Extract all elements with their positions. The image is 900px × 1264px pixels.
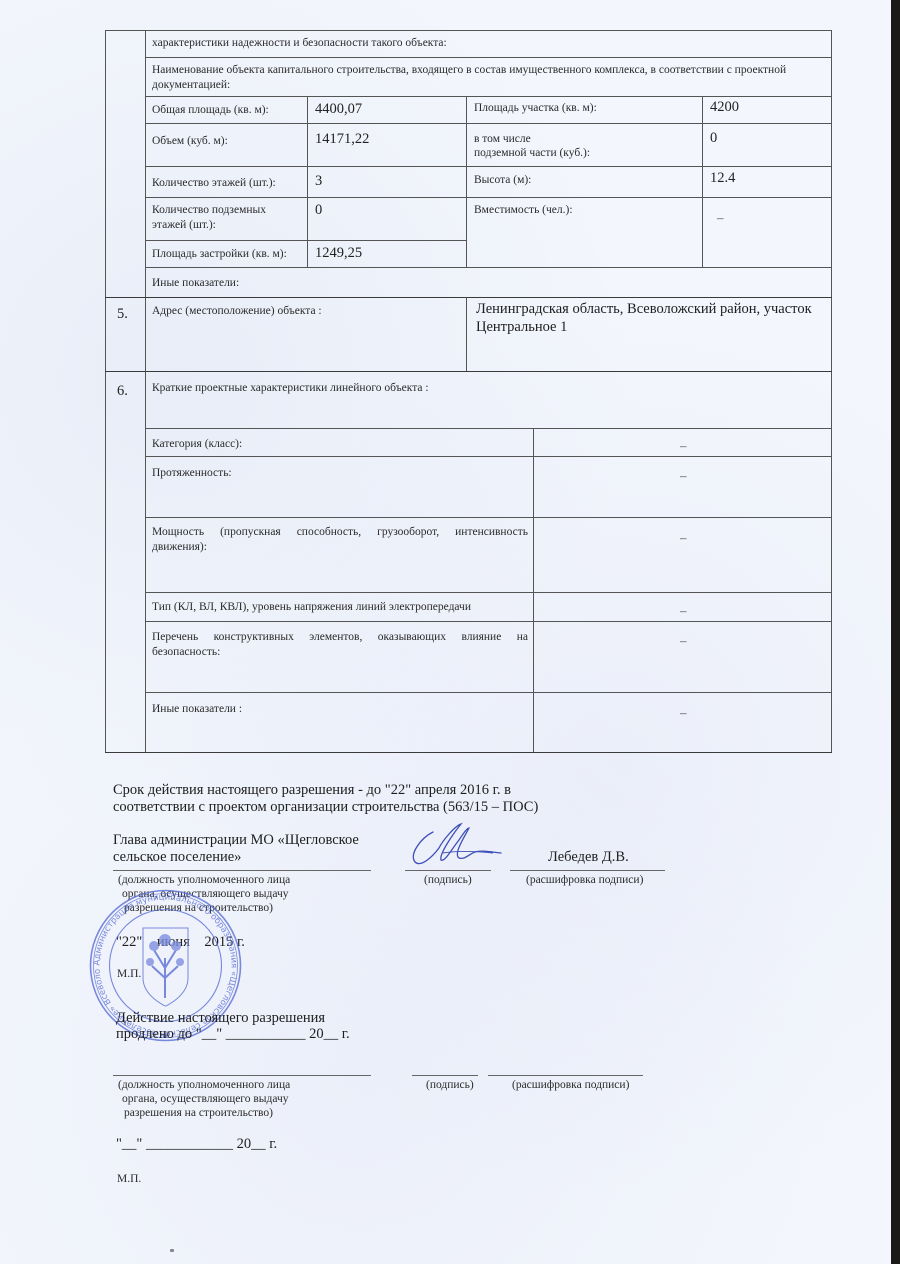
line-type-label: Тип (КЛ, ВЛ, КВЛ), уровень напряжения ли… bbox=[152, 600, 471, 615]
signer-name: Лебедев Д.В. bbox=[548, 849, 629, 866]
document-page: характеристики надежности и безопасности… bbox=[0, 0, 891, 1264]
category-label: Категория (класс): bbox=[152, 437, 242, 452]
underground-volume-label-line2: подземной части (куб.): bbox=[474, 146, 590, 161]
linear-other-value: – bbox=[680, 705, 687, 721]
structural-elements-label: Перечень конструктивных элементов, оказы… bbox=[152, 630, 528, 660]
length-label: Протяженность: bbox=[152, 466, 232, 481]
volume-value: 14171,22 bbox=[315, 131, 369, 148]
extension-date: "__" ____________ 20__ г. bbox=[116, 1136, 277, 1153]
built-area-label: Площадь застройки (кв. м): bbox=[152, 247, 287, 262]
category-value: – bbox=[680, 438, 687, 454]
total-area-value: 4400,07 bbox=[315, 101, 362, 118]
built-area-value: 1249,25 bbox=[315, 245, 362, 262]
caption-signature: (подпись) bbox=[424, 873, 472, 887]
underground-volume-label-line1: в том числе bbox=[474, 132, 531, 147]
section-6-number: 6. bbox=[117, 383, 128, 400]
plot-area-value: 4200 bbox=[710, 99, 739, 116]
line-type-value: – bbox=[680, 603, 687, 619]
height-label: Высота (м): bbox=[474, 173, 531, 188]
capacity-value: – bbox=[717, 210, 724, 226]
address-label: Адрес (местоположение) объекта : bbox=[152, 304, 322, 319]
ext-caption-signature: (подпись) bbox=[426, 1078, 474, 1092]
ext-caption-position-2: органа, осуществляющего выдачу bbox=[122, 1092, 289, 1106]
structural-elements-value: – bbox=[680, 633, 687, 649]
power-value: – bbox=[680, 530, 687, 546]
paper-speck bbox=[170, 1249, 174, 1252]
extension-line-1: Действие настоящего разрешения bbox=[116, 1010, 325, 1027]
ext-caption-position-1: (должность уполномоченного лица bbox=[118, 1078, 290, 1092]
signer-position-line-2: сельское поселение» bbox=[113, 849, 241, 866]
object-name-label: Наименование объекта капитального строит… bbox=[152, 63, 828, 93]
linear-object-label: Краткие проектные характеристики линейно… bbox=[152, 381, 429, 396]
ext-caption-decoding: (расшифровка подписи) bbox=[512, 1078, 629, 1092]
underground-floors-label: Количество подземных этажей (шт.): bbox=[152, 203, 302, 233]
caption-position-1: (должность уполномоченного лица bbox=[118, 873, 290, 887]
extension-line-2: продлено до "__" ___________ 20__ г. bbox=[116, 1026, 350, 1043]
handwritten-signature-icon bbox=[403, 820, 503, 868]
underground-floors-value: 0 bbox=[315, 202, 322, 219]
capacity-label: Вместимость (чел.): bbox=[474, 203, 573, 218]
section-5-number: 5. bbox=[117, 306, 128, 323]
scan-edge bbox=[891, 0, 900, 1264]
linear-other-label: Иные показатели : bbox=[152, 702, 242, 717]
caption-decoding: (расшифровка подписи) bbox=[526, 873, 643, 887]
underground-volume-value: 0 bbox=[710, 130, 717, 147]
total-area-label: Общая площадь (кв. м): bbox=[152, 103, 269, 118]
validity-line-1: Срок действия настоящего разрешения - до… bbox=[113, 782, 511, 799]
height-value: 12.4 bbox=[710, 170, 735, 187]
validity-line-2: соответствии с проектом организации стро… bbox=[113, 799, 538, 816]
ext-caption-position-3: разрешения на строительство) bbox=[124, 1106, 273, 1120]
ext-seal-mark: М.П. bbox=[117, 1172, 141, 1186]
safety-characteristics-label: характеристики надежности и безопасности… bbox=[152, 36, 447, 51]
address-value: Ленинградская область, Всеволожский райо… bbox=[476, 300, 831, 336]
floors-label: Количество этажей (шт.): bbox=[152, 176, 276, 191]
floors-value: 3 bbox=[315, 173, 322, 190]
volume-label: Объем (куб. м): bbox=[152, 134, 228, 149]
length-value: – bbox=[680, 468, 687, 484]
plot-area-label: Площадь участка (кв. м): bbox=[474, 101, 597, 116]
signer-position-line-1: Глава администрации МО «Щегловское bbox=[113, 832, 359, 849]
power-label: Мощность (пропускная способность, грузоо… bbox=[152, 525, 528, 555]
other-indicators-label: Иные показатели: bbox=[152, 276, 239, 291]
